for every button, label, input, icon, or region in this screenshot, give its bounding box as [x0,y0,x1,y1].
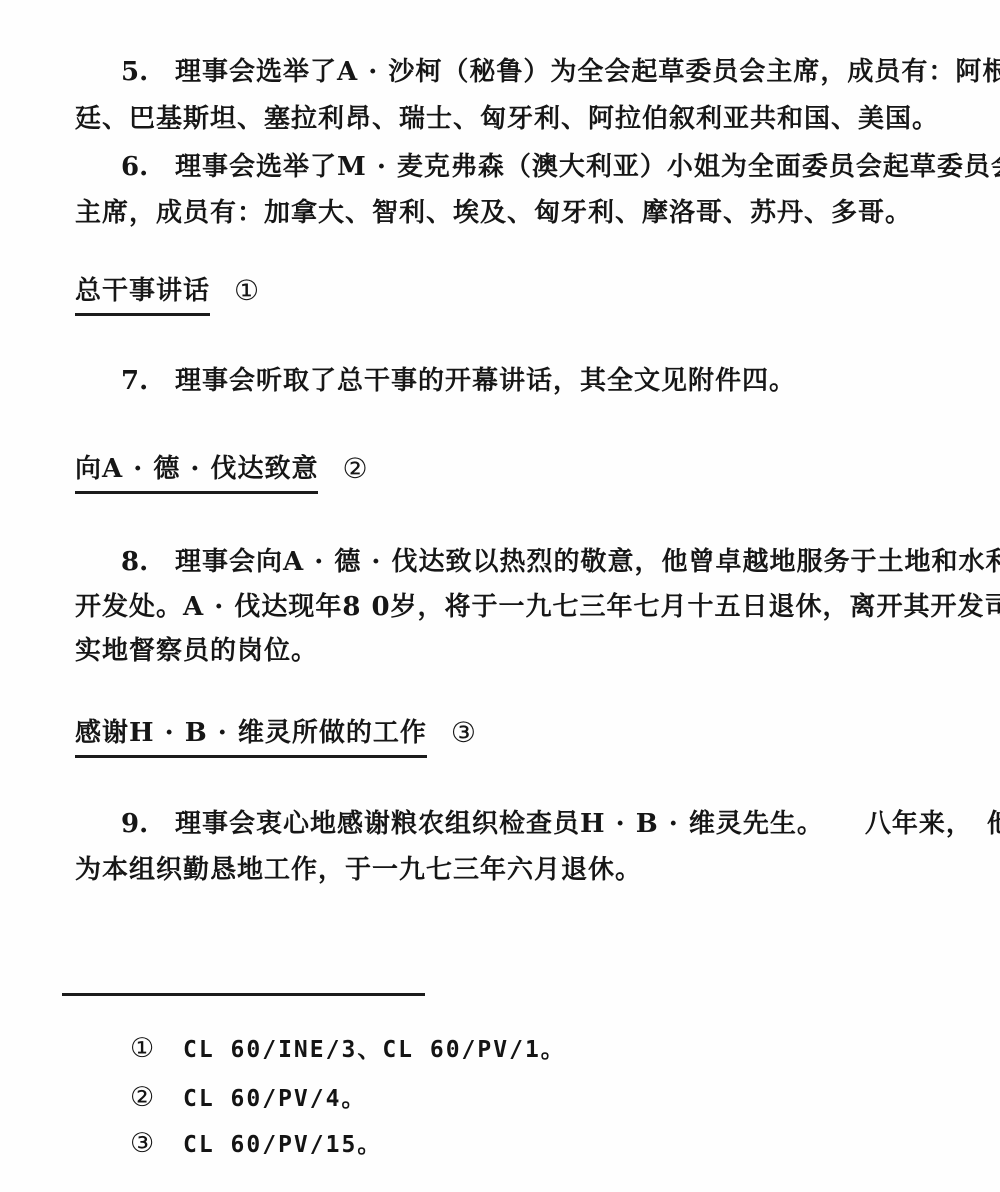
section-heading-thanks: 感谢H · B · 维灵所做的工作③ [75,716,477,758]
paragraph-7-text-1: 理事会听取了总干事的开幕讲话，其全文见附件四。 [175,366,796,396]
section-heading-tribute: 向A · 德 · 伐达致意② [75,452,369,494]
paragraph-9-text-1: 理事会衷心地感谢粮农组织检查员H · B · 维灵先生。 八年来， 他 [175,809,1000,839]
paragraph-5-text-1: 理事会选举了A · 沙柯（秘鲁）为全会起草委员会主席，成员有：阿根 [175,57,1000,87]
footnote-text-2: CL 60/PV/4。 [183,1086,366,1112]
paragraph-5-line-2: 廷、巴基斯坦、塞拉利昂、瑞士、匈牙利、阿拉伯叙利亚共和国、美国。 [75,101,939,137]
paragraph-9-line-2: 为本组织勤恳地工作，于一九七三年六月退休。 [75,852,642,888]
footnote-marker-2: ② [130,1082,183,1114]
paragraph-6-line-2: 主席，成员有：加拿大、智利、埃及、匈牙利、摩洛哥、苏丹、多哥。 [75,195,912,231]
footnote-marker-1: ① [130,1033,183,1065]
paragraph-8-line-1: 8.理事会向A · 德 · 伐达致以热烈的敬意，他曾卓越地服务于土地和水利 [75,544,1000,580]
paragraph-6-text-1: 理事会选举了M · 麦克弗森（澳大利亚）小姐为全面委员会起草委员会 [175,152,1000,182]
footnote-divider [62,993,425,996]
paragraph-6-line-1: 6.理事会选举了M · 麦克弗森（澳大利亚）小姐为全面委员会起草委员会 [75,149,1000,185]
footnote-text-3: CL 60/PV/15。 [183,1132,382,1158]
paragraph-7-number: 7. [121,363,175,399]
paragraph-8-number: 8. [121,544,175,580]
footnote-item-1: ①CL 60/INE/3、CL 60/PV/1。 [130,1033,566,1066]
footnote-reference-2: ② [342,452,368,486]
footnote-item-3: ③CL 60/PV/15。 [130,1128,382,1161]
paragraph-9-line-1: 9.理事会衷心地感谢粮农组织检查员H · B · 维灵先生。 八年来， 他 [75,806,1000,842]
paragraph-5-line-1: 5.理事会选举了A · 沙柯（秘鲁）为全会起草委员会主席，成员有：阿根 [75,54,1000,90]
paragraph-5-number: 5. [121,54,175,90]
paragraph-9-number: 9. [121,806,175,842]
footnote-text-1: CL 60/INE/3、CL 60/PV/1。 [183,1037,566,1063]
section-heading-thanks-title: 感谢H · B · 维灵所做的工作 [75,716,427,758]
paragraph-8-line-3: 实地督察员的岗位。 [75,633,318,669]
paragraph-8-line-2: 开发处。A · 伐达现年8 0岁，将于一九七三年七月十五日退休，离开其开发司 [75,589,1000,625]
paragraph-6-number: 6. [121,149,175,185]
footnote-reference-1: ① [234,274,260,308]
footnote-item-2: ②CL 60/PV/4。 [130,1082,366,1115]
paragraph-8-text-1: 理事会向A · 德 · 伐达致以热烈的敬意，他曾卓越地服务于土地和水利 [175,547,1000,577]
paragraph-7-line-1: 7.理事会听取了总干事的开幕讲话，其全文见附件四。 [75,363,796,399]
footnote-marker-3: ③ [130,1128,183,1160]
footnote-reference-3: ③ [451,716,477,750]
section-heading-dg-statement: 总干事讲话① [75,274,260,316]
section-heading-tribute-title: 向A · 德 · 伐达致意 [75,452,318,494]
document-page: 5.理事会选举了A · 沙柯（秘鲁）为全会起草委员会主席，成员有：阿根 廷、巴基… [0,0,1000,1192]
section-heading-dg-statement-title: 总干事讲话 [75,274,210,316]
